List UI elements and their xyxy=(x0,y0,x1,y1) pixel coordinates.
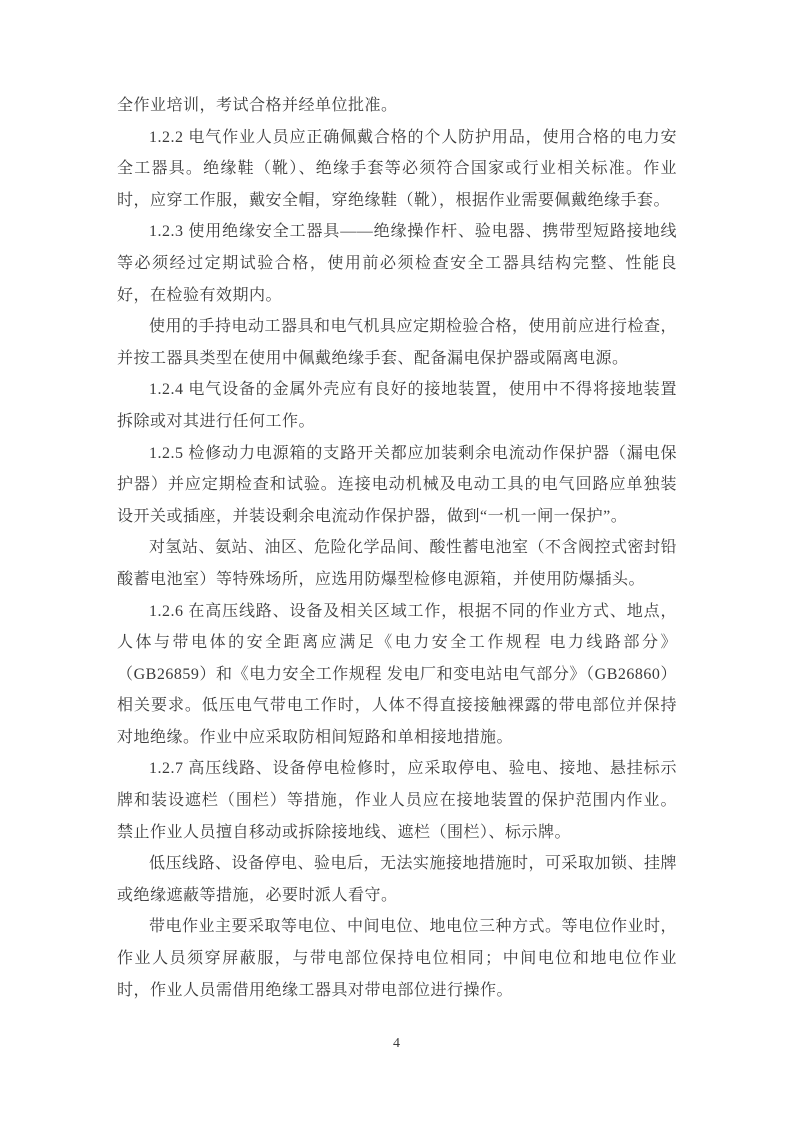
paragraph-continuation: 全作业培训，考试合格并经单位批准。 xyxy=(117,90,677,122)
paragraph: 使用的手持电动工器具和电气机具应定期检验合格，使用前应进行检查，并按工器具类型在… xyxy=(117,311,677,374)
page-number: 4 xyxy=(393,1036,400,1051)
paragraph: 低压线路、设备停电、验电后，无法实施接地措施时，可采取加锁、挂牌或绝缘遮蔽等措施… xyxy=(117,848,677,911)
document-page: 全作业培训，考试合格并经单位批准。 1.2.2 电气作业人员应正确佩戴合格的个人… xyxy=(0,0,793,1122)
paragraph-1-2-4: 1.2.4 电气设备的金属外壳应有良好的接地装置，使用中不得将接地装置拆除或对其… xyxy=(117,374,677,437)
paragraph-1-2-3: 1.2.3 使用绝缘安全工器具——绝缘操作杆、验电器、携带型短路接地线等必须经过… xyxy=(117,216,677,311)
paragraph: 带电作业主要采取等电位、中间电位、地电位三种方式。等电位作业时，作业人员须穿屏蔽… xyxy=(117,911,677,1006)
paragraph: 对氢站、氨站、油区、危险化学品间、酸性蓄电池室（不含阀控式密封铅酸蓄电池室）等特… xyxy=(117,532,677,595)
document-body-text: 全作业培训，考试合格并经单位批准。 1.2.2 电气作业人员应正确佩戴合格的个人… xyxy=(117,90,677,1006)
paragraph-1-2-6: 1.2.6 在高压线路、设备及相关区域工作，根据不同的作业方式、地点，人体与带电… xyxy=(117,596,677,754)
paragraph-1-2-7: 1.2.7 高压线路、设备停电检修时，应采取停电、验电、接地、悬挂标示牌和装设遮… xyxy=(117,753,677,848)
page-footer: 4 xyxy=(0,1036,793,1052)
paragraph-1-2-5: 1.2.5 检修动力电源箱的支路开关都应加装剩余电流动作保护器（漏电保护器）并应… xyxy=(117,438,677,533)
paragraph-1-2-2: 1.2.2 电气作业人员应正确佩戴合格的个人防护用品，使用合格的电力安全工器具。… xyxy=(117,122,677,217)
